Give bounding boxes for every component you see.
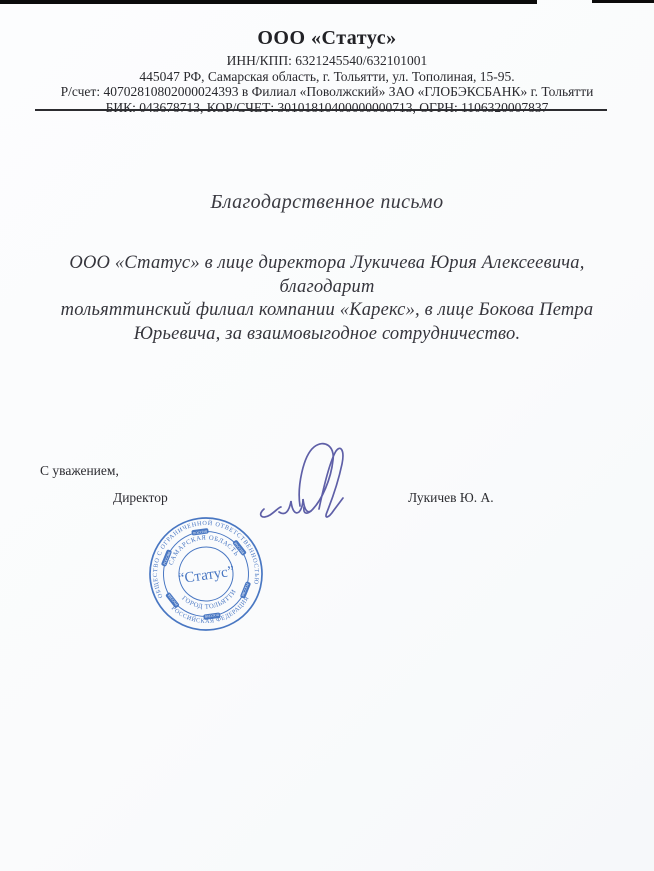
letterhead-line-bik-ogrn: БИК: 043678713, КОР/СЧЕТ: 30101810400000…: [0, 100, 654, 116]
body-line-1: ООО «Статус» в лице директора Лукичева Ю…: [27, 252, 627, 299]
company-name: ООО «Статус»: [0, 27, 654, 50]
body-line-2: тольяттинский филиал компании «Карекс», …: [27, 299, 627, 323]
scan-artifact-bar-left: [0, 0, 537, 4]
salutation: С уважением,: [40, 463, 119, 479]
letterhead-line-address: 445047 РФ, Самарская область, г. Тольятт…: [0, 69, 654, 85]
signer-name: Лукичев Ю. А.: [408, 490, 494, 506]
svg-text:РОССИЯ: РОССИЯ: [167, 593, 179, 607]
signer-role: Директор: [113, 490, 168, 506]
stamp-badge-top: РОССИЯ: [191, 528, 209, 536]
letterhead-line-inn-kpp: ИНН/КПП: 6321245540/632101001: [0, 53, 654, 69]
body-line-3: Юрьевича, за взаимовыгодное сотрудничест…: [27, 323, 627, 347]
stamp-center-text: “Статус”: [177, 564, 235, 588]
company-stamp: ОБЩЕСТВО С ОГРАНИЧЕННОЙ ОТВЕТСТВЕННОСТЬЮ…: [144, 512, 268, 636]
letterhead-line-account: Р/счет: 40702810802000024393 в Филиал «П…: [0, 84, 654, 100]
letterhead: ООО «Статус» ИНН/КПП: 6321245540/6321010…: [0, 27, 654, 115]
letter-title: Благодарственное письмо: [0, 191, 654, 214]
letterhead-divider: [35, 109, 607, 111]
scan-artifact-bar-right: [592, 0, 654, 3]
letter-body: ООО «Статус» в лице директора Лукичева Ю…: [27, 252, 627, 346]
